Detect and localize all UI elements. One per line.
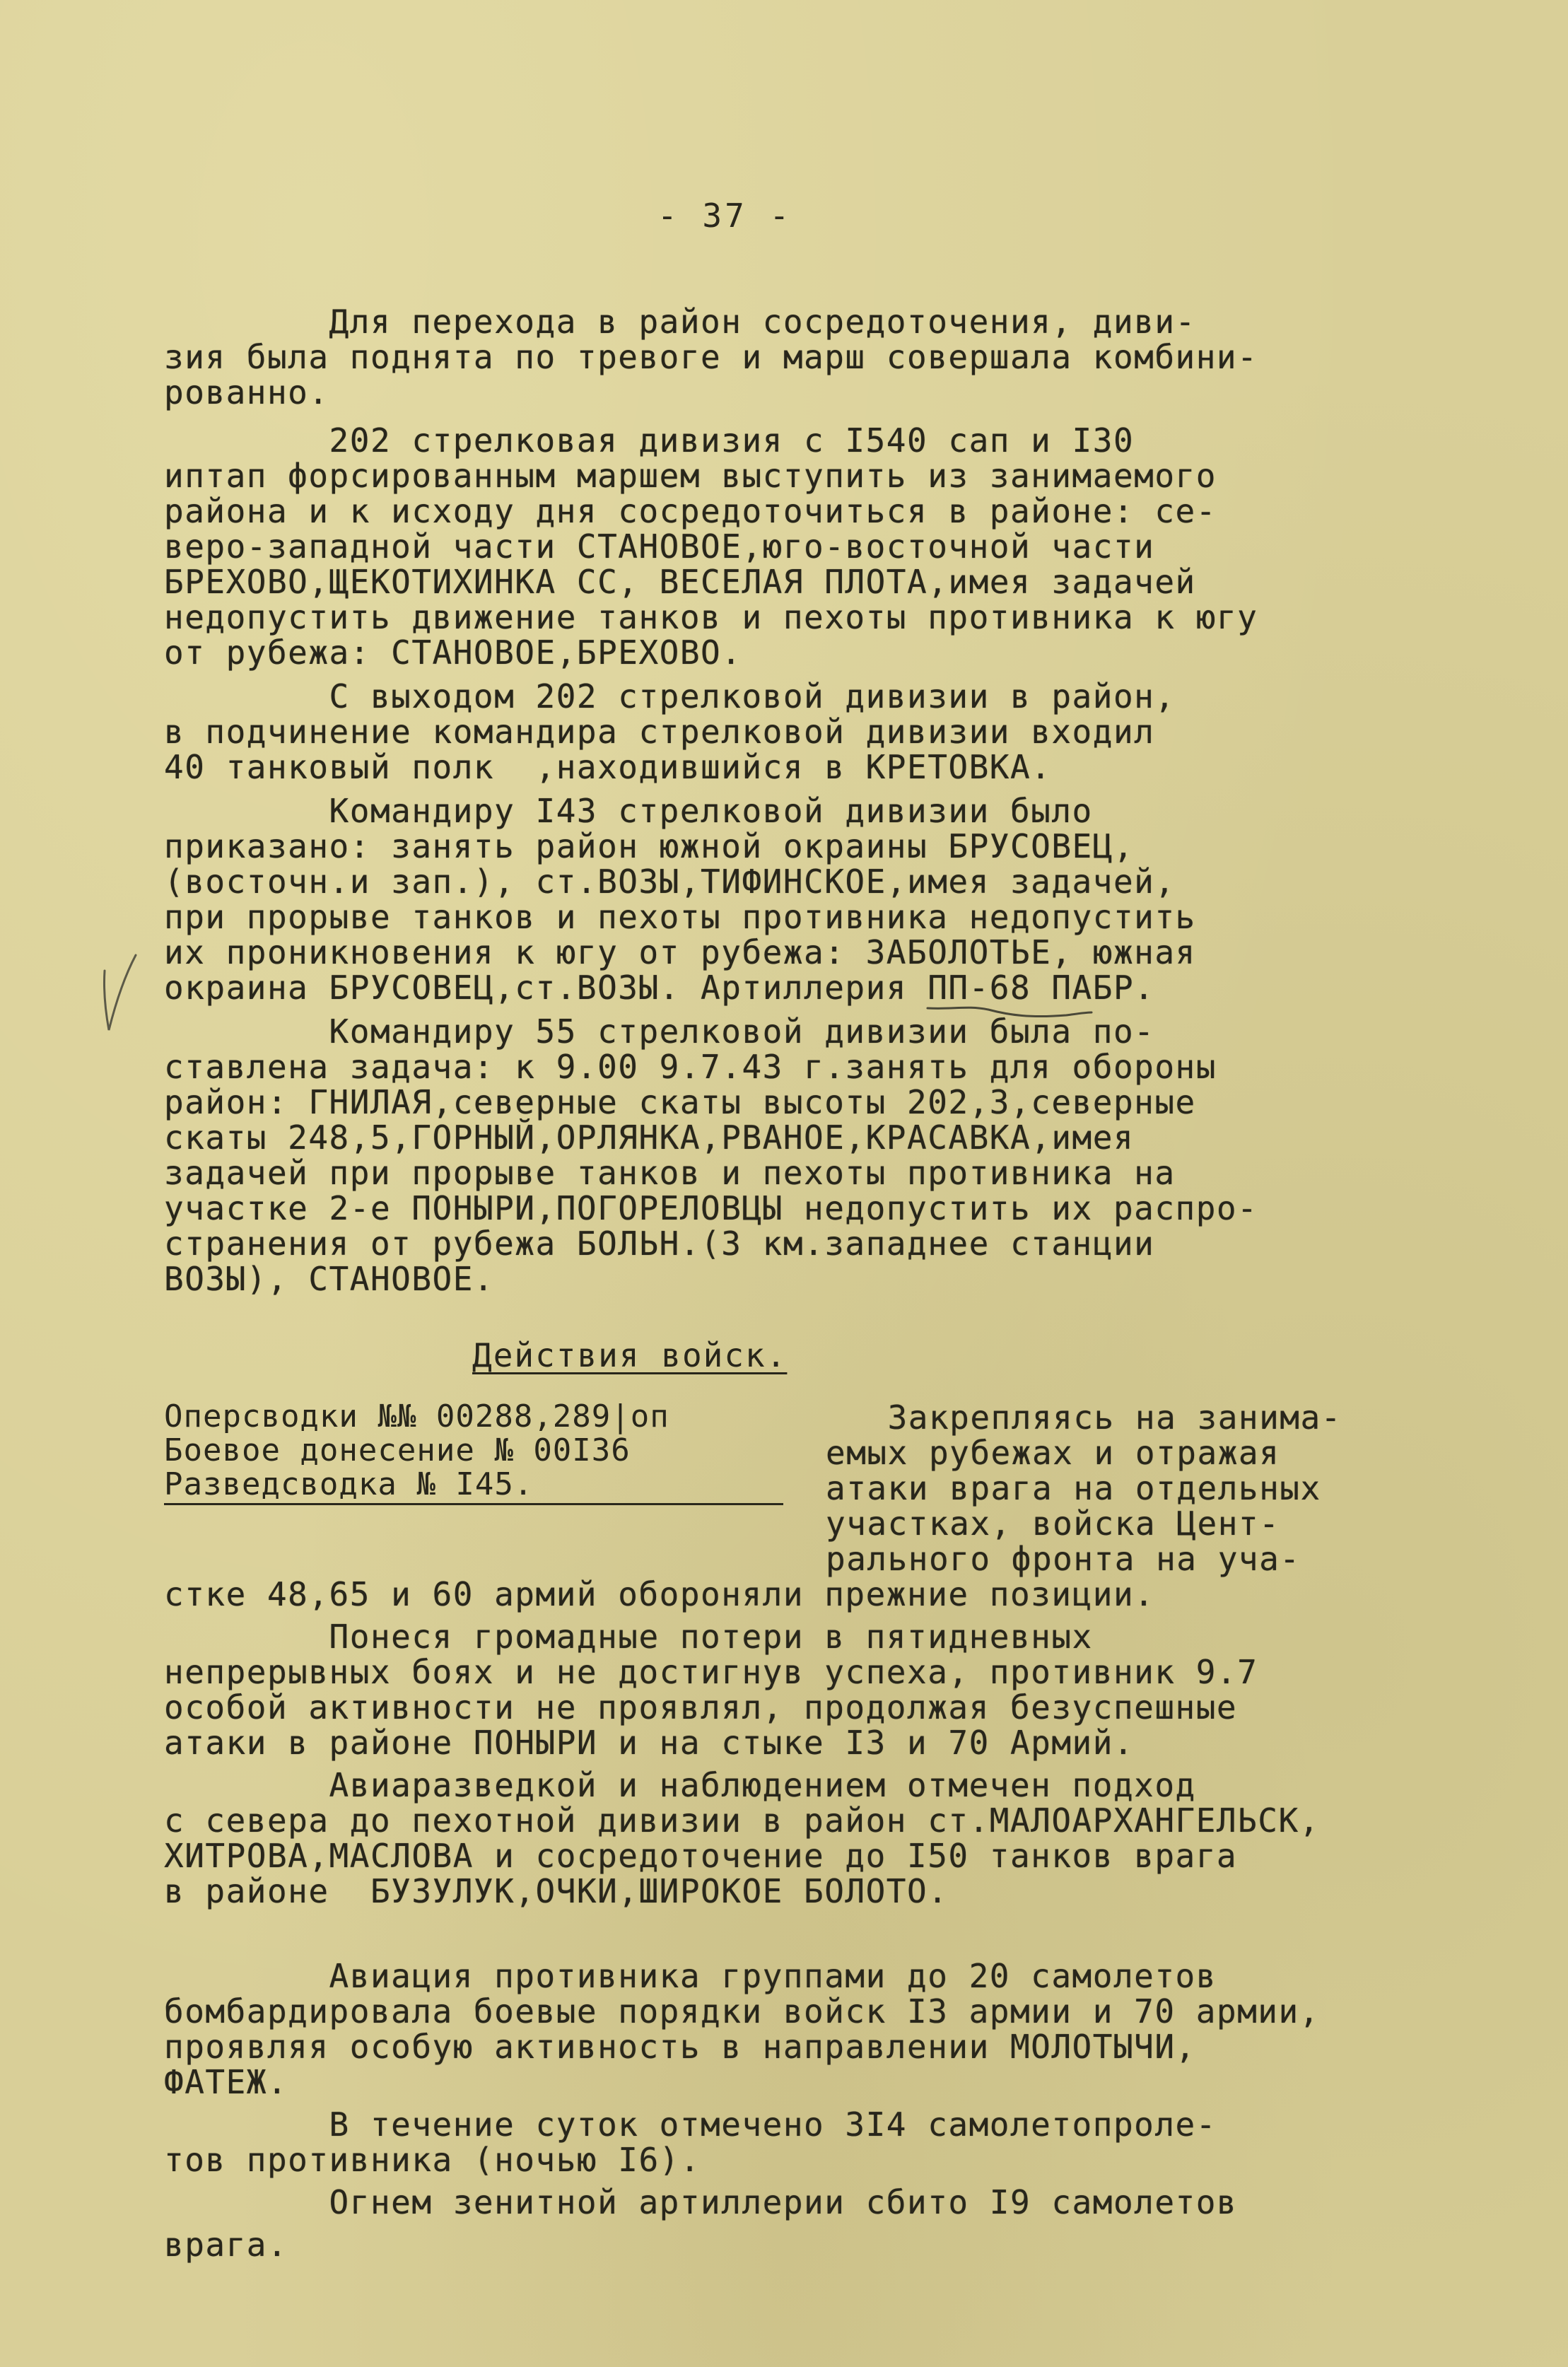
source-underline-rule (164, 1503, 783, 1505)
text-line: Огнем зенитной артиллерии сбито I9 самол… (164, 2185, 1237, 2220)
text-line: задачей при прорыве танков и пехоты прот… (164, 1155, 1176, 1191)
text-line: зия была поднята по тревоге и марш совер… (164, 339, 1258, 375)
text-line: особой активности не проявлял, продолжая… (164, 1690, 1237, 1725)
text-line: непрерывных боях и не достигнув успеха, … (164, 1654, 1258, 1690)
text-line: проявляя особую активность в направлении… (164, 2029, 1196, 2064)
text-line: странения от рубежа БОЛЬН.(3 км.западнее… (164, 1226, 1154, 1261)
text-line: рального фронта на уча- (826, 1541, 1300, 1577)
text-line: 202 стрелковая дивизия с I540 сап и I30 (164, 423, 1134, 458)
text-line: атаки врага на отдельных (826, 1471, 1321, 1506)
text-line: приказано: занять район южной окраины БР… (164, 829, 1134, 864)
text-line: ставлена задача: к 9.00 9.7.43 г.занять … (164, 1049, 1217, 1085)
text-line: в районе БУЗУЛУК,ОЧКИ,ШИРОКОЕ БОЛОТО. (164, 1874, 948, 1909)
text-line: атаки в районе ПОНЫРИ и на стыке I3 и 70… (164, 1725, 1134, 1760)
text-line: участке 2-е ПОНЫРИ,ПОГОРЕЛОВЦЫ недопусти… (164, 1191, 1258, 1226)
text-line: Авиаразведкой и наблюдением отмечен подх… (164, 1767, 1196, 1803)
typewritten-page: - 37 - Для перехода в район сосредоточен… (0, 0, 1568, 2367)
text-line: Закрепляясь на занима- (826, 1400, 1342, 1435)
text-line: бомбардировала боевые порядки войск I3 а… (164, 1994, 1320, 2029)
text-line: врага. (164, 2227, 288, 2262)
page-number: - 37 - (657, 197, 792, 235)
text-line: их проникновения к югу от рубежа: ЗАБОЛО… (164, 935, 1196, 970)
source-ref-boevoe-donesenie: Боевое донесение № 00I36 (164, 1434, 669, 1468)
pencil-wavy-underline (925, 1003, 1094, 1024)
text-line: Для перехода в район сосредоточения, див… (164, 304, 1196, 339)
text-line: В течение суток отмечено 3I4 самолетопро… (164, 2107, 1217, 2142)
text-line: стке 48,65 и 60 армий обороняли прежние … (164, 1577, 1154, 1612)
text-line: в подчинение командира стрелковой дивизи… (164, 714, 1154, 749)
text-line: района и к исходу дня сосредоточиться в … (164, 493, 1217, 529)
text-line: Авиация противника группами до 20 самоле… (164, 1958, 1217, 1994)
text-line: ВОЗЫ), СТАНОВОЕ. (164, 1261, 494, 1297)
text-line: (восточн.и зап.), ст.ВОЗЫ,ТИФИНСКОЕ,имея… (164, 864, 1176, 899)
text-line: район: ГНИЛАЯ,северные скаты высоты 202,… (164, 1085, 1196, 1120)
source-references: Оперсводки №№ 00288,289|оп Боевое донесе… (164, 1400, 669, 1502)
text-line: скаты 248,5,ГОРНЫЙ,ОРЛЯНКА,РВАНОЕ,КРАСАВ… (164, 1120, 1134, 1155)
source-ref-razvedsvodka: Разведсводка № I45. (164, 1468, 669, 1502)
text-line: при прорыве танков и пехоты противника н… (164, 899, 1196, 935)
text-line: Командиру I43 стрелковой дивизии было (164, 793, 1093, 829)
text-line: БРЕХОВО,ЩЕКОТИХИНКА СС, ВЕСЕЛАЯ ПЛОТА,им… (164, 564, 1196, 600)
text-line: участках, войска Цент- (826, 1506, 1280, 1541)
text-line: рованно. (164, 375, 329, 410)
source-ref-opersvodki: Оперсводки №№ 00288,289|оп (164, 1400, 669, 1434)
text-line: ФАТЕЖ. (164, 2064, 288, 2100)
text-line: веро-западной части СТАНОВОЕ,юго-восточн… (164, 529, 1154, 564)
text-line: тов противника (ночью I6). (164, 2142, 701, 2178)
text-line: С выходом 202 стрелковой дивизии в район… (164, 679, 1176, 714)
text-line: недопустить движение танков и пехоты про… (164, 600, 1258, 635)
text-line: емых рубежах и отражая (826, 1435, 1280, 1471)
text-line: от рубежа: СТАНОВОЕ,БРЕХОВО. (164, 635, 742, 670)
text-line: окраина БРУСОВЕЦ,ст.ВОЗЫ. Артиллерия ПП-… (164, 970, 1154, 1005)
section-heading: Действия войск. (472, 1336, 787, 1374)
text-line: 40 танковый полк ,находившийся в КРЕТОВК… (164, 749, 1051, 785)
text-line: иптап форсированным маршем выступить из … (164, 458, 1217, 493)
text-line: ХИТРОВА,МАСЛОВА и сосредоточение до I50 … (164, 1838, 1237, 1874)
pencil-checkmark-icon (99, 951, 141, 1036)
text-line: Понеся громадные потери в пятидневных (164, 1619, 1093, 1654)
text-line: с севера до пехотной дивизии в район ст.… (164, 1803, 1320, 1838)
